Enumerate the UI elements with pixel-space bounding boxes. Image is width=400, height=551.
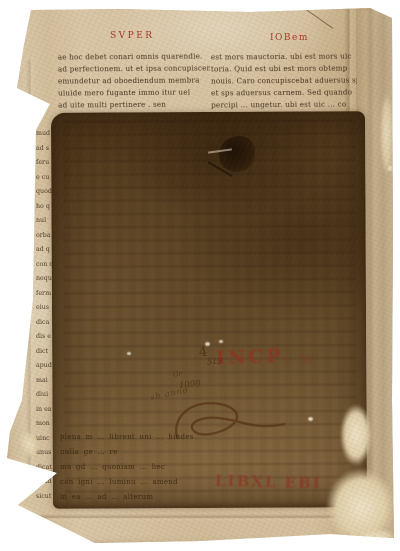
text-line: uen non . uiua <box>58 110 210 123</box>
crease-hairline <box>298 4 333 29</box>
fragment-line: dict <box>36 345 65 360</box>
text-line: in ea ... ad ... alterum <box>60 490 316 505</box>
ink-blot <box>219 136 255 172</box>
paint-loss-speck <box>127 352 131 355</box>
text-line: nouis. Caro concupiscebat aduersus spm <box>211 74 357 87</box>
fragment-line: mai <box>36 374 65 389</box>
incipit-rubric: INCP <box>216 345 284 369</box>
fragment-line: ferm <box>36 287 65 302</box>
text-line: toria. Quid est ubi est mors obtemp <box>211 62 357 75</box>
text-line: et sps aduersus carnem. Sed quando <box>211 86 357 99</box>
running-header-left: SVPER <box>110 31 155 41</box>
text-line: emundetur ad oboediendum membra <box>58 74 210 87</box>
text-line: uiuide mero fugante immo itur uel <box>58 86 210 99</box>
fragment-line: apud <box>36 359 65 374</box>
fold-crease-left <box>26 60 35 490</box>
library-note: Gr <box>173 370 183 379</box>
explicit-rubric: LIBXL EBI <box>215 472 322 493</box>
fragment-line: dica <box>36 316 65 331</box>
text-line: nulla ge ... re <box>60 445 316 460</box>
paint-loss-speck <box>205 342 210 346</box>
fragment-line: in ea <box>36 403 65 418</box>
repair-patch-bottom-corner <box>352 528 398 548</box>
fragment-line: e cu <box>36 171 65 186</box>
manuscript-photo: SVPER IOBem ae hoc debet conari omnis qu… <box>0 0 400 551</box>
fragment-line: eius <box>36 301 65 316</box>
text-line: percipi ... ungetur. ubi est uic ... co <box>211 98 357 111</box>
fragment-line: nul <box>36 214 65 229</box>
fragment-line: diui <box>36 388 65 403</box>
text-column-left: ae hoc debet conari omnis quarendie.ad p… <box>58 50 210 123</box>
fragment-line: con q <box>36 258 65 273</box>
fragment-line: dis e <box>36 330 65 345</box>
text-line: ad perfectionem. ut et ipsa concupiscent… <box>58 62 210 75</box>
shelfmark-old: 519 <box>207 356 223 366</box>
text-line: est mors mauctoria. ubi est mors uic <box>211 50 357 63</box>
fragment-line: ad s <box>36 142 65 157</box>
fragment-line: feru <box>36 156 65 171</box>
text-line: ae hoc debet conari omnis quarendie. <box>58 50 210 63</box>
paint-loss-speck <box>219 340 223 343</box>
fragment-line: quod <box>36 185 65 200</box>
fragment-line: ad q <box>36 243 65 258</box>
fragment-line: orba <box>36 229 65 244</box>
fragment-line: mud <box>36 127 65 142</box>
running-header-right: IOBem <box>270 33 309 43</box>
repair-patch-right-top <box>380 92 394 176</box>
fragment-line: ho q <box>36 200 65 215</box>
text-line: ad uite multi pertinere . sen <box>58 98 210 111</box>
paint-loss-speck <box>308 417 313 421</box>
paint-loss-speck <box>388 166 393 171</box>
repair-patch-right <box>340 404 372 466</box>
fragment-line: nequ <box>36 272 65 287</box>
incipit-continuation: † M <box>283 352 318 368</box>
text-column-right: est mors mauctoria. ubi est mors uictori… <box>211 50 357 111</box>
parchment-leaf: SVPER IOBem ae hoc debet conari omnis qu… <box>0 0 400 551</box>
pen-flourish <box>166 390 289 446</box>
